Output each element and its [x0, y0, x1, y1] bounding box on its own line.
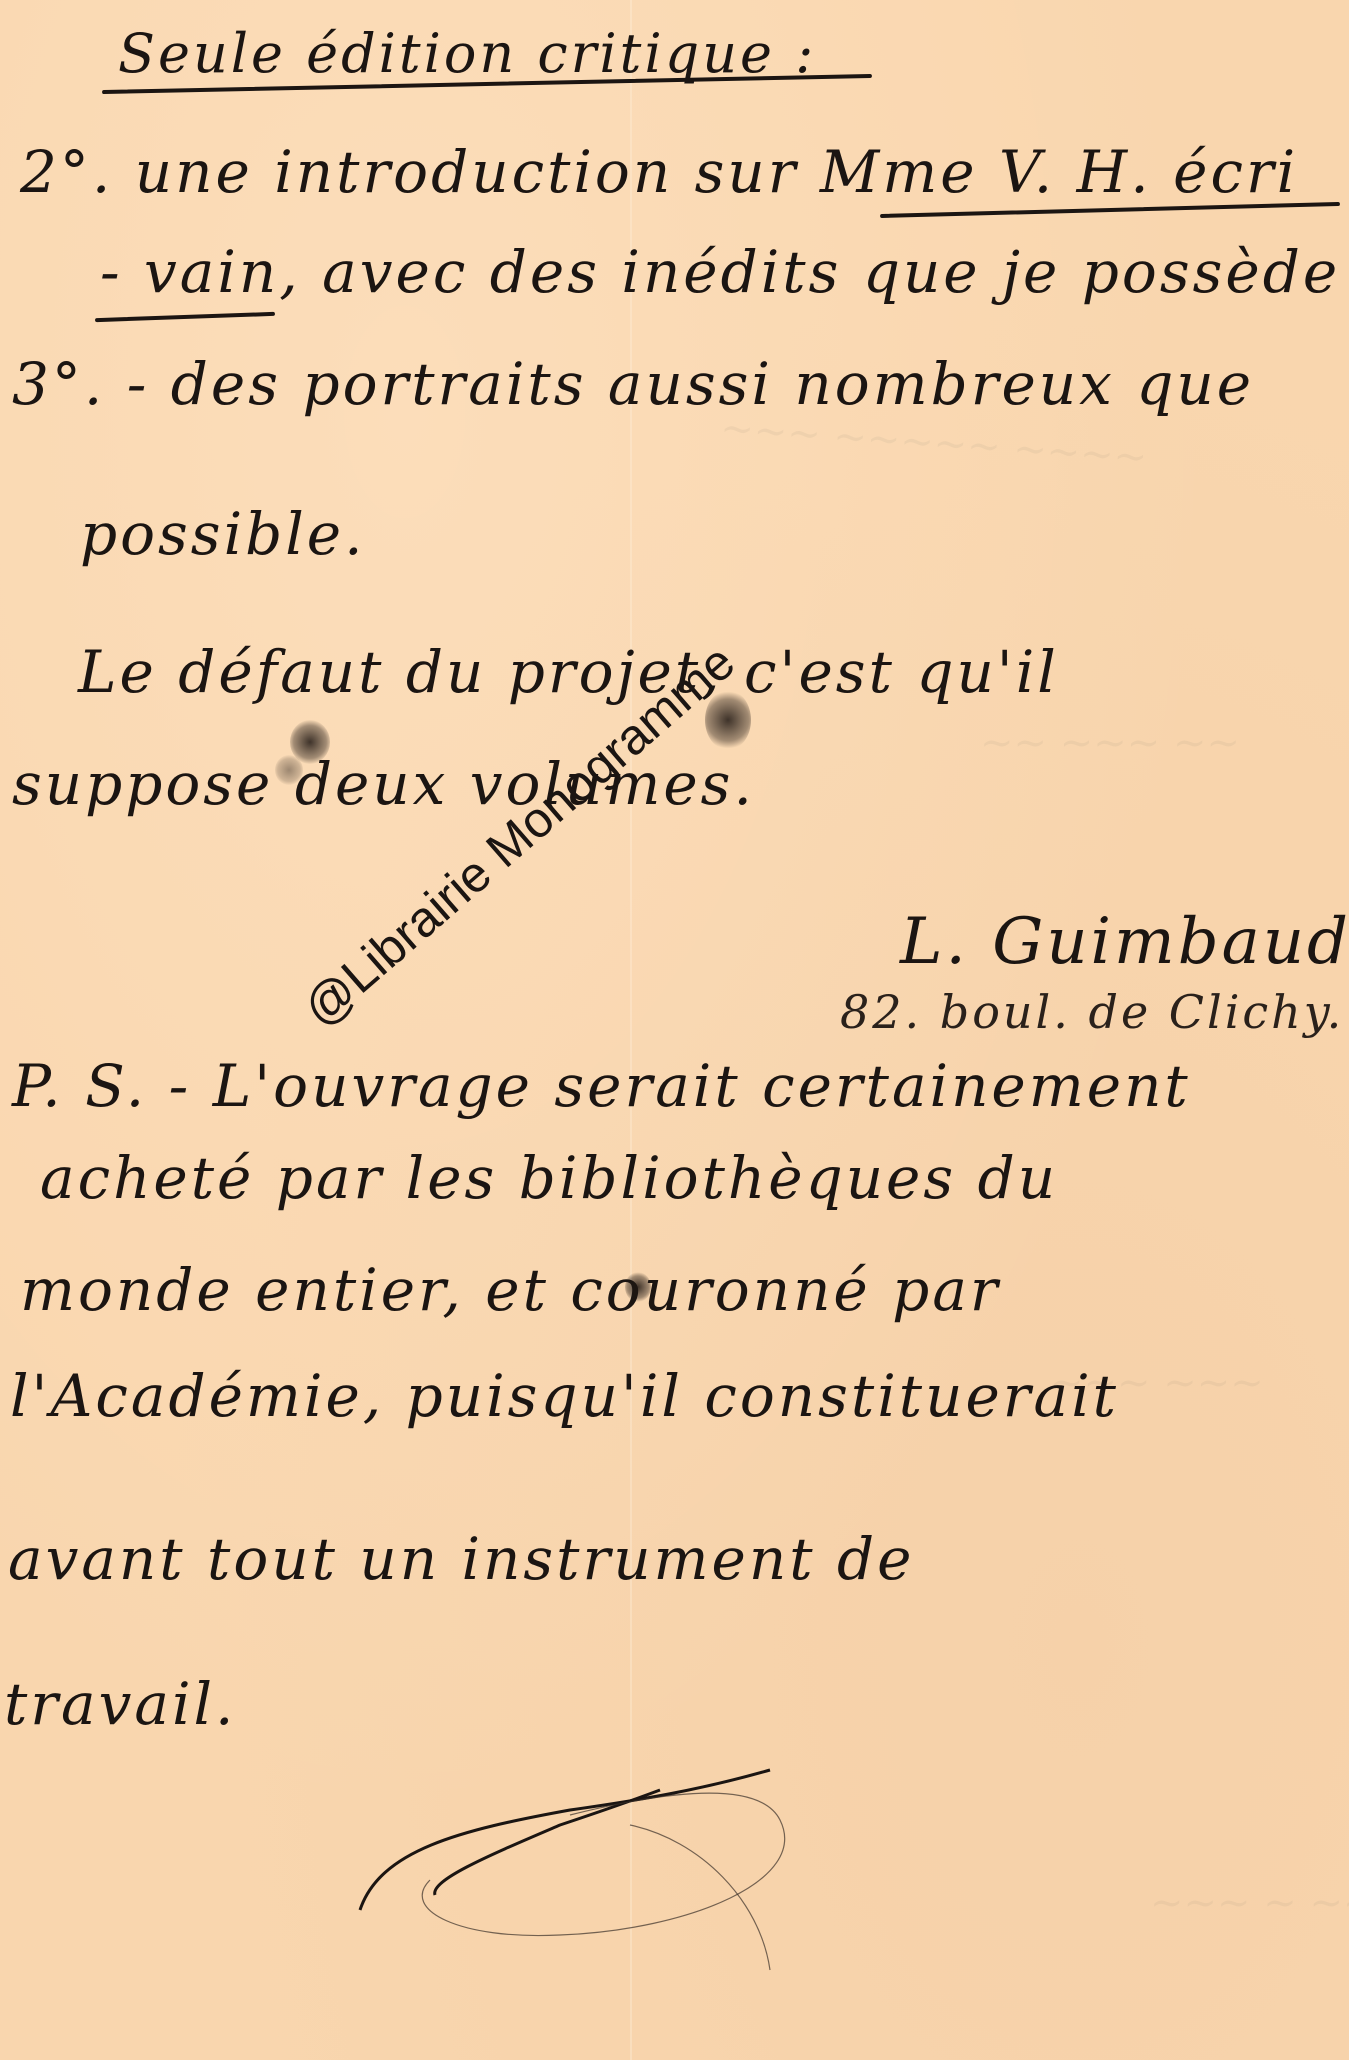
bleed-through-text: ~~~ ~ ~~~	[1150, 1880, 1349, 1926]
bleed-through-text: ~~ ~~~ ~~	[980, 720, 1240, 766]
postscript-line: monde entier, et couronné par	[20, 1256, 1001, 1324]
postscript-line: travail.	[4, 1670, 237, 1738]
letter-line: Le défaut du projet, c'est qu'il	[78, 638, 1059, 706]
letter-line: 2°. une introduction sur Mme V. H. écri	[20, 138, 1298, 206]
letter-heading: Seule édition critique :	[118, 22, 816, 85]
ink-blot	[625, 1272, 651, 1302]
postscript-line: acheté par les bibliothèques du	[40, 1144, 1058, 1212]
postscript-line: P. S. - L'ouvrage serait certainement	[12, 1052, 1191, 1120]
ink-blot	[275, 755, 303, 785]
word-underline	[95, 312, 275, 322]
paper-fold-crease	[630, 0, 632, 2060]
letter-line: - vain, avec des inédits que je possède	[100, 238, 1340, 306]
postscript-line: l'Académie, puisqu'il constituerait	[10, 1362, 1119, 1430]
signature-name: L. Guimbaud	[900, 905, 1349, 979]
letter-line: 3°. - des portraits aussi nombreux que	[12, 350, 1254, 418]
signature-address: 82. boul. de Clichy.	[840, 985, 1344, 1039]
postscript-line: avant tout un instrument de	[8, 1525, 914, 1593]
paraph-flourish-icon	[340, 1760, 940, 1980]
letter-line: possible.	[80, 500, 366, 568]
